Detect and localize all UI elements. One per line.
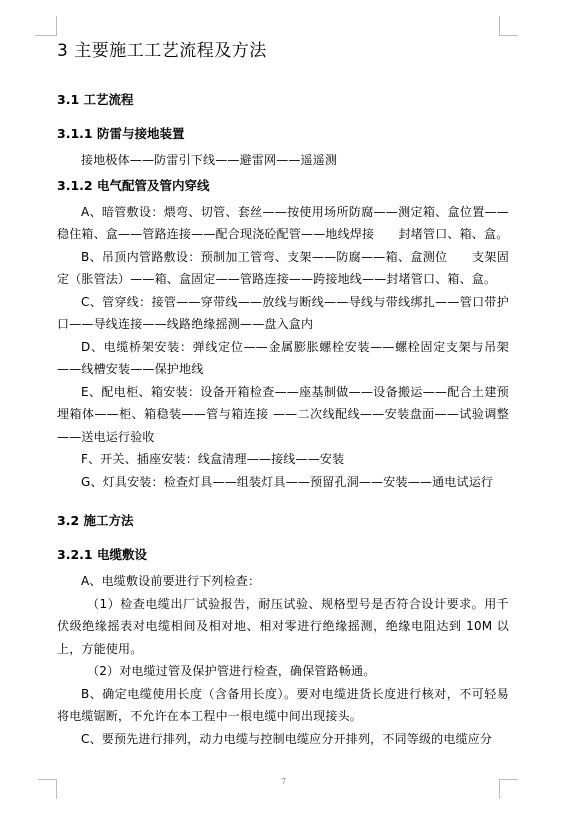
paragraph: E、配电柜、箱安装：设备开箱检查——座基制做——设备搬运——配合土建预埋箱体——… bbox=[57, 381, 509, 449]
crop-mark-top-right-v bbox=[499, 16, 500, 36]
crop-mark-top-left-v bbox=[56, 16, 57, 36]
chapter-title: 3 主要施工工艺流程及方法 bbox=[57, 38, 509, 64]
paragraph: A、电缆敷设前要进行下列检查： bbox=[57, 570, 509, 593]
section-title-3-1: 3.1 工艺流程 bbox=[57, 90, 509, 110]
paragraph: C、管穿线：接管——穿带线——放线与断线——导线与带线绑扎——管口带护口——导线… bbox=[57, 291, 509, 336]
crop-mark-top-right-h bbox=[499, 35, 518, 36]
paragraph: C、要预先进行排列，动力电缆与控制电缆应分开排列，不同等级的电缆应分 bbox=[57, 728, 509, 751]
subsection-title-3-1-2: 3.1.2 电气配管及管内穿线 bbox=[57, 176, 509, 196]
paragraph: （1）检查电缆出厂试验报告，耐压试验、规格型号是否符合设计要求。用千伏级绝缘摇表… bbox=[57, 593, 509, 661]
crop-mark-top-left-h bbox=[35, 35, 57, 36]
subsection-title-3-2-1: 3.2.1 电缆敷设 bbox=[57, 545, 509, 565]
paragraph: A、暗管敷设：煨弯、切管、套丝——按使用场所防腐——测定箱、盒位置——稳住箱、盒… bbox=[57, 201, 509, 246]
paragraph: 接地极体——防雷引下线——避雷网——遥遥测 bbox=[57, 149, 509, 172]
paragraph: B、吊顶内管路敷设：预制加工管弯、支架——防腐——箱、盒测位 支架固定（胀管法）… bbox=[57, 246, 509, 291]
paragraph: B、确定电缆使用长度（含备用长度）。要对电缆进货长度进行核对，不可轻易将电缆锯断… bbox=[57, 683, 509, 728]
section-title-3-2: 3.2 施工方法 bbox=[57, 511, 509, 531]
paragraph: F、开关、插座安装：线盒清理——接线——安装 bbox=[57, 448, 509, 471]
page-body: 3 主要施工工艺流程及方法 3.1 工艺流程 3.1.1 防雷与接地装置 接地极… bbox=[57, 38, 509, 750]
subsection-title-3-1-1: 3.1.1 防雷与接地装置 bbox=[57, 124, 509, 144]
page-number: 7 bbox=[0, 777, 567, 786]
paragraph: （2）对电缆过管及保护管进行检查，确保管路畅通。 bbox=[57, 660, 509, 683]
paragraph: G、灯具安装：检查灯具——组装灯具——预留孔洞——安装——通电试运行 bbox=[57, 471, 509, 494]
paragraph: D、电缆桥架安装：弹线定位——金属膨胀螺栓安装——螺栓固定支架与吊架——线槽安装… bbox=[57, 336, 509, 381]
